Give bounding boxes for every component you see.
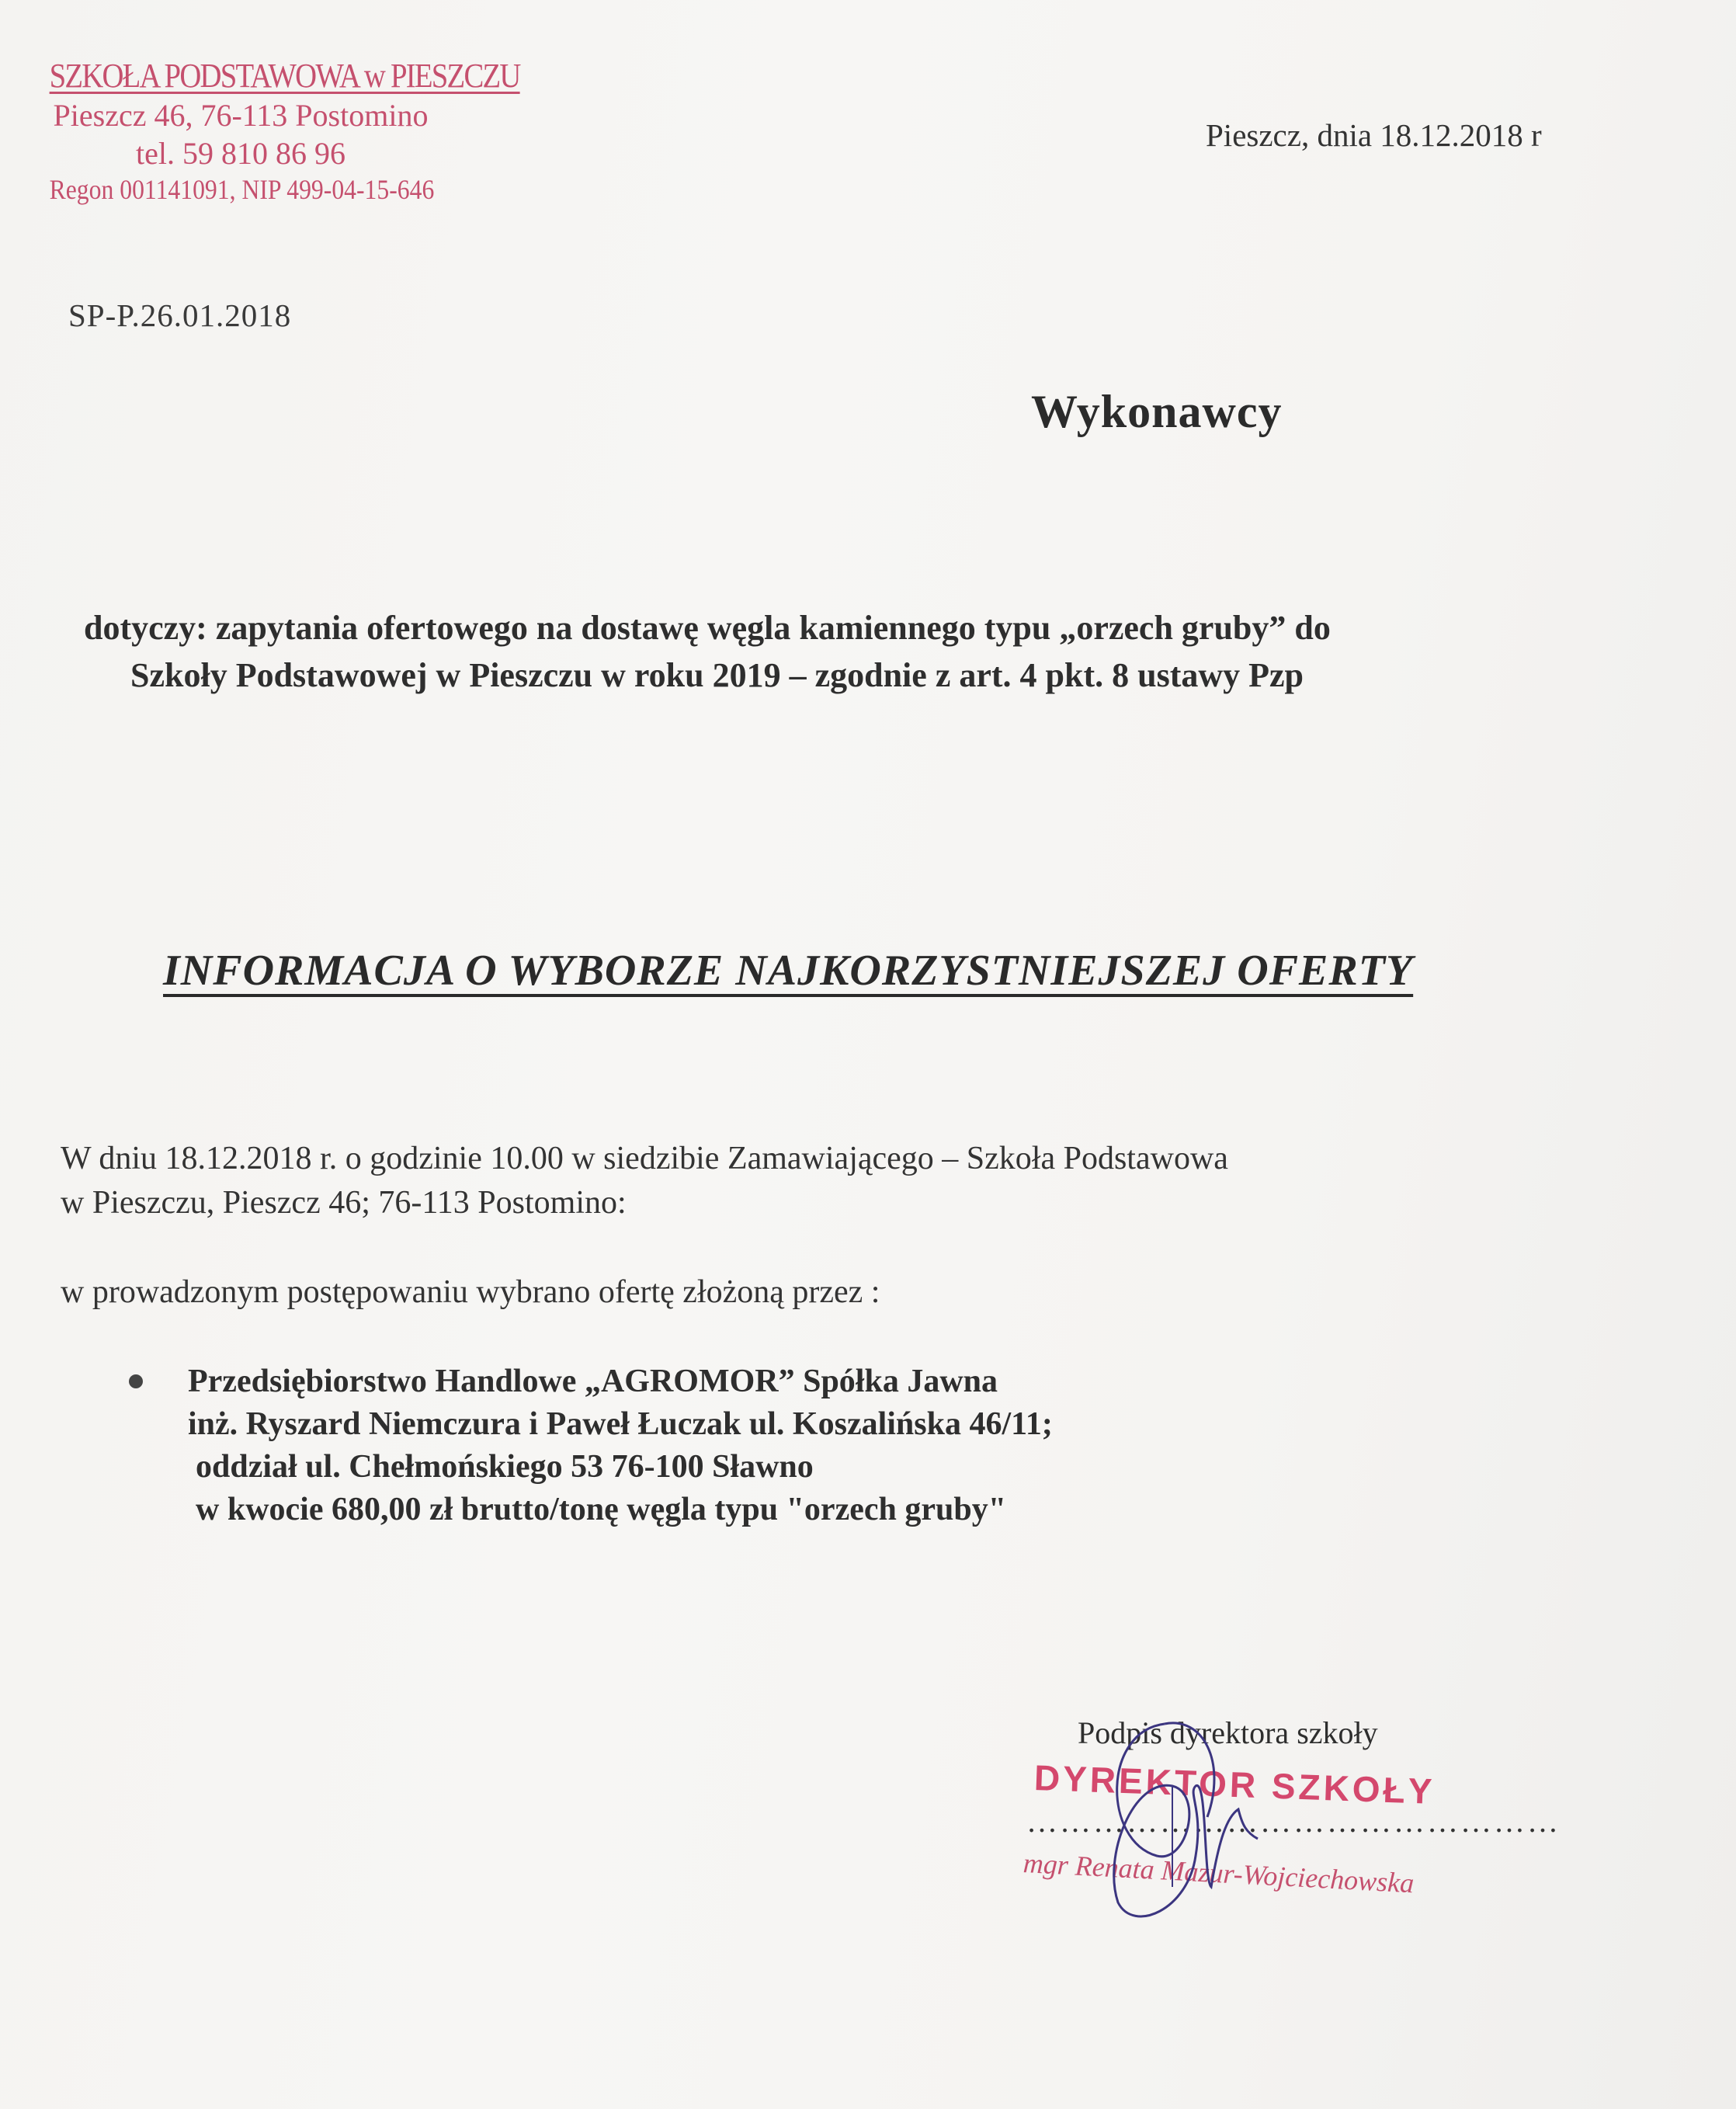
- subject-line-1: dotyczy: zapytania ofertowego na dostawę…: [84, 604, 1331, 651]
- bullet-icon: [129, 1374, 143, 1388]
- school-header-stamp: SZKOŁA PODSTAWOWA w PIESZCZU Pieszcz 46,…: [23, 56, 458, 206]
- selected-offer: Przedsiębiorstwo Handlowe „AGROMOR” Spół…: [188, 1360, 1053, 1531]
- offer-price: w kwocie 680,00 zł brutto/tonę węgla typ…: [188, 1489, 1053, 1531]
- recipient: Wykonawcy: [1031, 385, 1282, 439]
- body-paragraph-1-line-2: w Pieszczu, Pieszcz 46; 76-113 Postomino…: [61, 1181, 1228, 1225]
- reference-number: SP-P.26.01.2018: [68, 297, 291, 334]
- date-line: Pieszcz, dnia 18.12.2018 r: [1206, 116, 1542, 154]
- subject: dotyczy: zapytania ofertowego na dostawę…: [84, 604, 1331, 699]
- school-name: SZKOŁA PODSTAWOWA w PIESZCZU: [50, 56, 432, 96]
- school-address: Pieszcz 46, 76-113 Postomino: [23, 97, 458, 134]
- body-paragraph-1-line-1: W dniu 18.12.2018 r. o godzinie 10.00 w …: [61, 1137, 1228, 1181]
- offer-company: Przedsiębiorstwo Handlowe „AGROMOR” Spół…: [188, 1360, 1053, 1403]
- offer-owners: inż. Ryszard Niemczura i Paweł Łuczak ul…: [188, 1403, 1053, 1446]
- offer-branch: oddział ul. Chełmońskiego 53 76-100 Sław…: [188, 1446, 1053, 1489]
- school-phone: tel. 59 810 86 96: [23, 135, 458, 172]
- body-paragraph-1: W dniu 18.12.2018 r. o godzinie 10.00 w …: [61, 1137, 1228, 1225]
- handwritten-signature: [1071, 1701, 1366, 1934]
- body-paragraph-2: w prowadzonym postępowaniu wybrano ofert…: [61, 1273, 880, 1311]
- subject-line-2: Szkoły Podstawowej w Pieszczu w roku 201…: [84, 651, 1331, 699]
- school-ids: Regon 001141091, NIP 499-04-15-646: [50, 173, 432, 206]
- document-heading: INFORMACJA O WYBORZE NAJKORZYSTNIEJSZEJ …: [163, 946, 1413, 995]
